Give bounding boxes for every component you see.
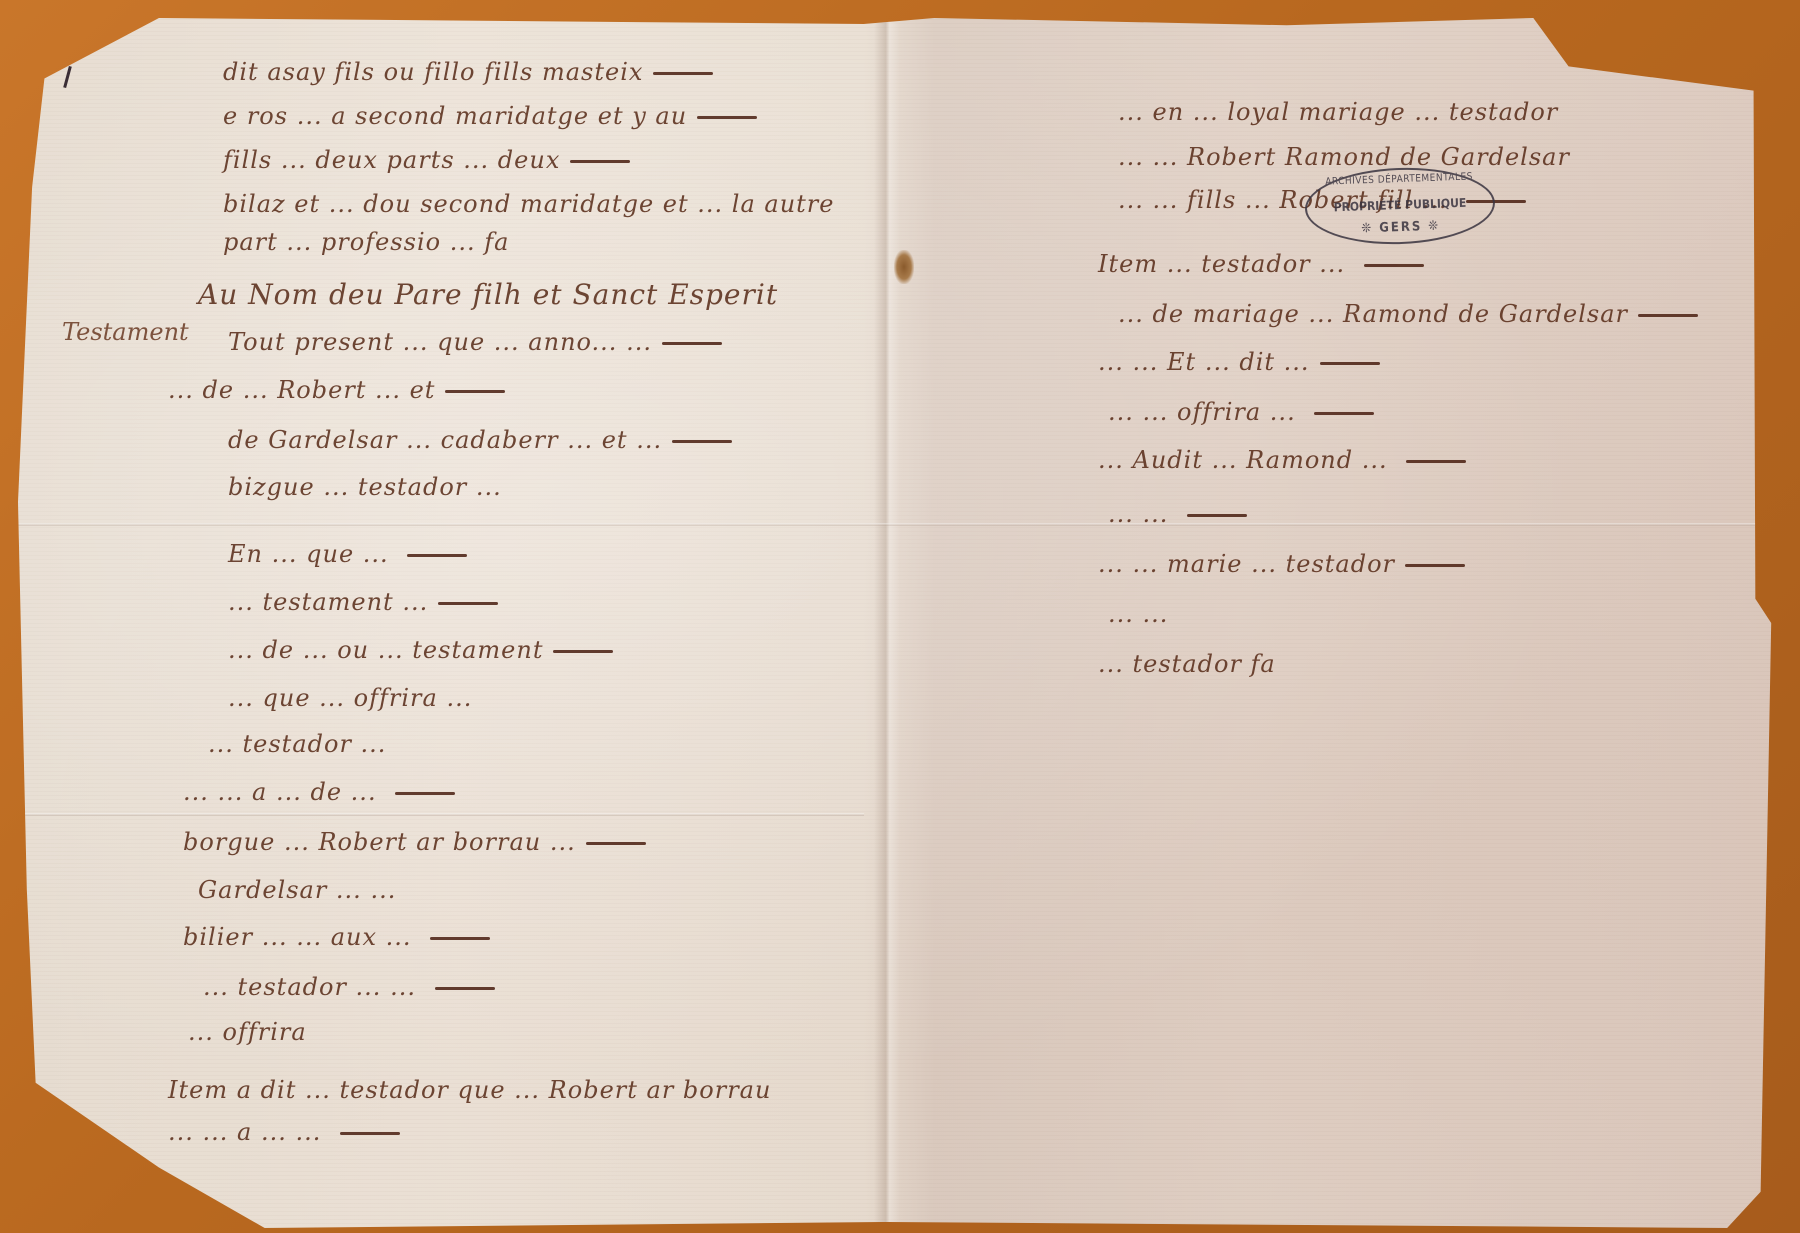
line-7: Tout present ... que ... anno... ... xyxy=(228,328,722,356)
line-21: ... offrira xyxy=(188,1018,307,1046)
line-1: dit asay fils ou fillo fills masteix xyxy=(223,58,713,86)
right-line-11: ... ... xyxy=(1108,600,1168,628)
right-line-6: ... ... Et ... dit ... xyxy=(1098,348,1380,376)
line-14: ... que ... offrira ... xyxy=(228,684,472,712)
line-8: ... de ... Robert ... et xyxy=(168,376,505,404)
right-line-10: ... ... marie ... testador xyxy=(1098,550,1465,578)
line-17: borgue ... Robert ar borrau ... xyxy=(183,828,646,856)
line-18: Gardelsar ... ... xyxy=(198,876,396,904)
right-line-12: ... testador fa xyxy=(1098,650,1276,678)
manuscript-sheet: Testament dit asay fils ou fillo fills m… xyxy=(18,18,1780,1228)
right-line-7: ... ... offrira ... xyxy=(1108,398,1374,426)
line-3: fills ... deux parts ... deux xyxy=(223,146,630,174)
right-line-8: ... Audit ... Ramond ... xyxy=(1098,446,1466,474)
right-line-2: ... ... Robert Ramond de Gardelsar xyxy=(1118,143,1570,171)
left-page: Testament dit asay fils ou fillo fills m… xyxy=(18,18,878,1228)
line-5: part ... professio ... fa xyxy=(223,228,509,256)
line-11: En ... que ... xyxy=(228,540,467,568)
margin-note: Testament xyxy=(62,318,189,346)
line-9: de Gardelsar ... cadaberr ... et ... xyxy=(228,426,732,454)
line-19: bilier ... ... aux ... xyxy=(183,923,490,951)
line-22: Item a dit ... testador que ... Robert a… xyxy=(168,1076,771,1104)
right-line-4: Item ... testador ... xyxy=(1098,250,1424,278)
line-10: bizgue ... testador ... xyxy=(228,473,502,501)
line-6: Au Nom deu Pare filh et Sanct Esperit xyxy=(198,278,778,311)
line-2: e ros ... a second maridatge et y au xyxy=(223,102,757,130)
stamp-middle-text: PROPRIÉTÉ PUBLIQUE xyxy=(1307,195,1493,215)
line-20: ... testador ... ... xyxy=(203,973,495,1001)
line-15: ... testador ... xyxy=(208,730,386,758)
right-line-5: ... de mariage ... Ramond de Gardelsar xyxy=(1118,300,1698,328)
line-12: ... testament ... xyxy=(228,588,498,616)
line-16: ... ... a ... de ... xyxy=(183,778,455,806)
right-line-1: ... en ... loyal mariage ... testador xyxy=(1118,98,1558,126)
line-23: ... ... a ... ... xyxy=(168,1118,400,1146)
line-4: bilaz et ... dou second maridatge et ...… xyxy=(223,190,834,218)
right-line-9: ... ... xyxy=(1108,500,1247,528)
line-13: ... de ... ou ... testament xyxy=(228,636,613,664)
